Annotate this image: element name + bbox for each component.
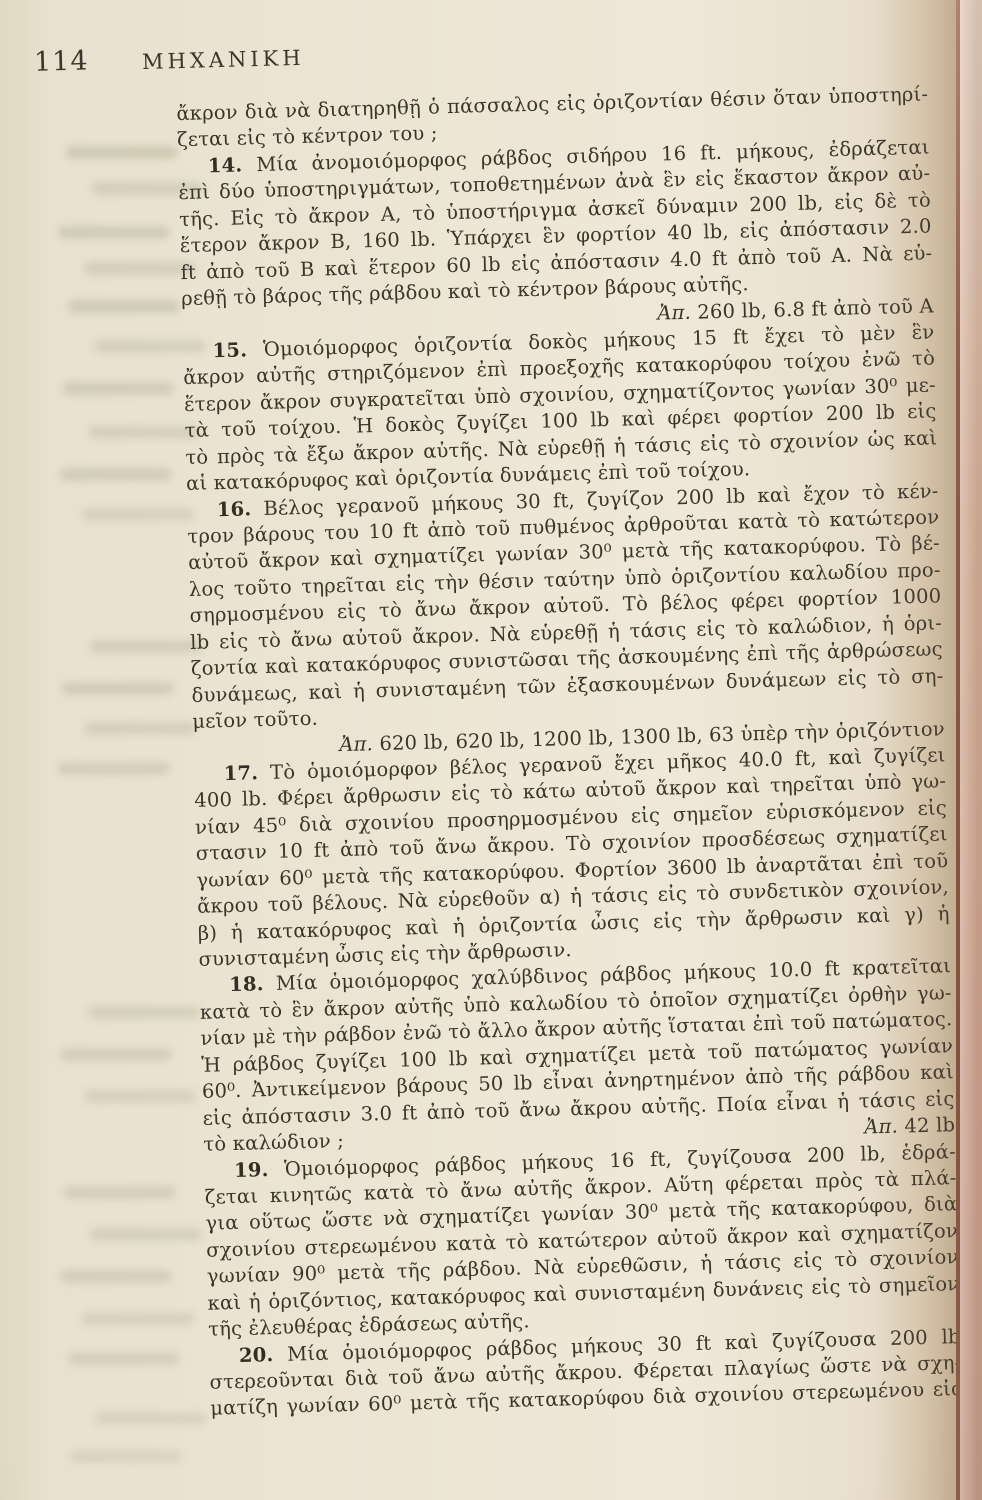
answer-fragment: Ἀπ. 42 lb [864,1112,956,1141]
answer-label: Ἀπ. [339,732,373,756]
problem-number: 19. [234,1158,269,1182]
adjacent-page-edge [960,0,982,1500]
problem-number: 14. [207,153,242,177]
problem-number: 20. [239,1343,274,1367]
problem-number: 18. [229,973,264,997]
problem-number: 15. [212,338,247,362]
book-page: 114 ΜΗΧΑΝΙΚΗ ἄκρον διὰ νὰ διατηρηθῇ ὁ πά… [0,0,982,1500]
answer-label: Ἀπ. [657,300,691,324]
answer-label: Ἀπ. [864,1115,898,1139]
page-number: 114 [34,45,89,77]
body-text-column: ἄκρον διὰ νὰ διατηρηθῇ ὁ πάσσαλος εἰς ὁρ… [176,81,962,1422]
problem-number: 17. [223,761,258,785]
scanned-print-area: 114 ΜΗΧΑΝΙΚΗ ἄκρον διὰ νὰ διατηρηθῇ ὁ πά… [0,0,982,1500]
running-header-title: ΜΗΧΑΝΙΚΗ [142,46,305,74]
problem-number: 16. [216,497,251,521]
